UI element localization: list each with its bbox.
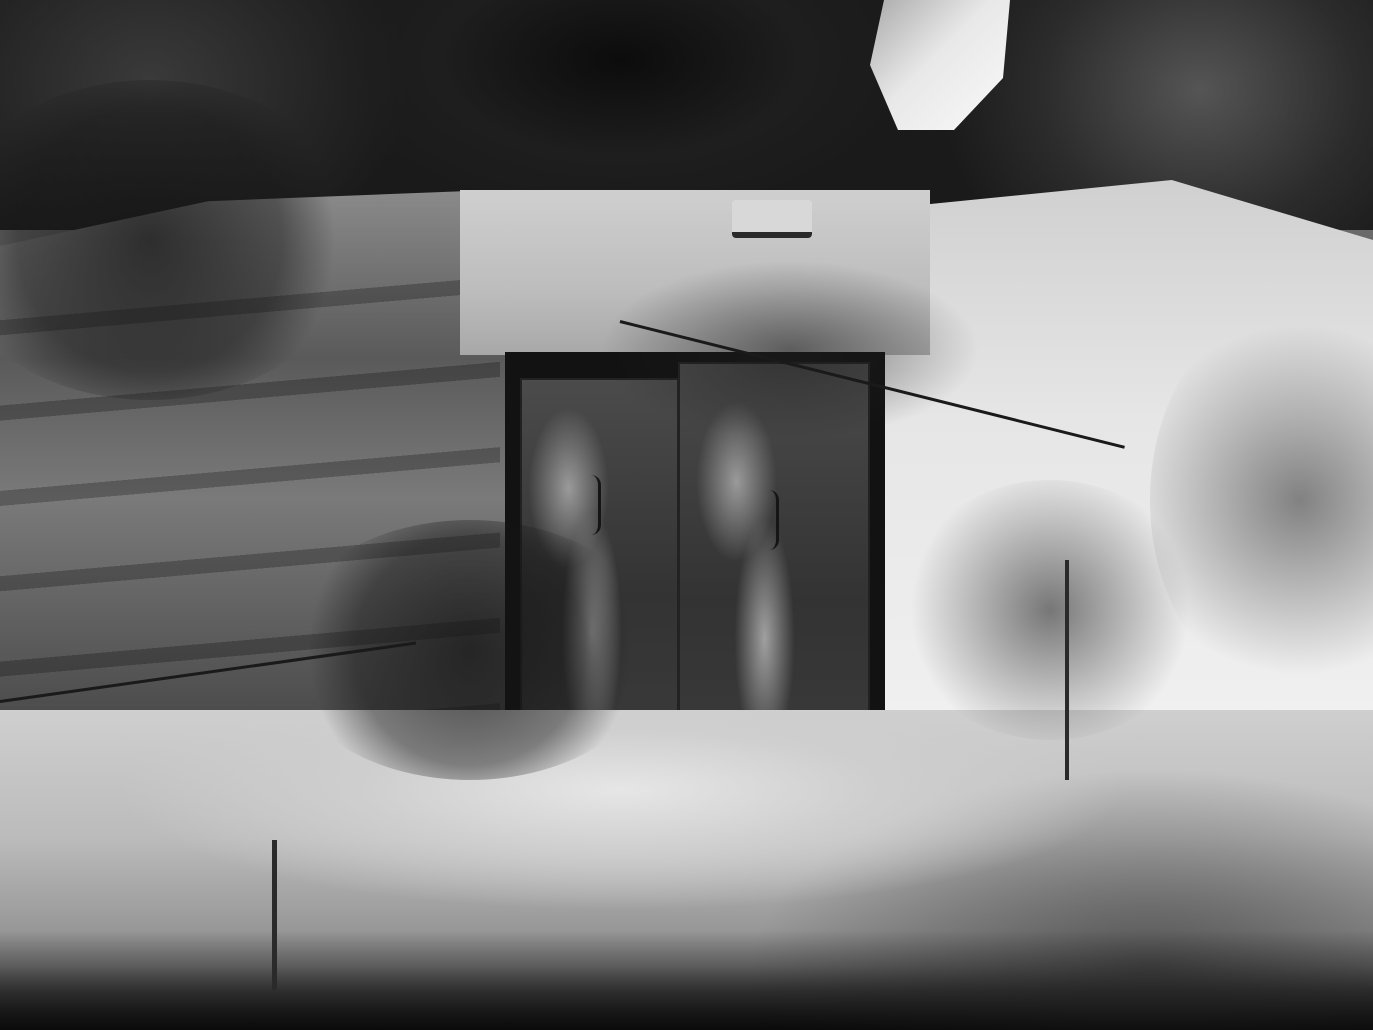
lintel-plate: [732, 200, 812, 238]
young-pine-trunk: [1065, 560, 1069, 780]
young-pine-trunk: [272, 840, 277, 990]
ground-shadow: [0, 930, 1373, 1030]
pine-branches: [280, 520, 660, 780]
pine-branches: [600, 260, 980, 440]
door-handle-icon: [590, 475, 601, 535]
door-handle-icon: [768, 490, 779, 550]
bunker-photo: Black and white photograph of an abandon…: [0, 0, 1373, 1030]
